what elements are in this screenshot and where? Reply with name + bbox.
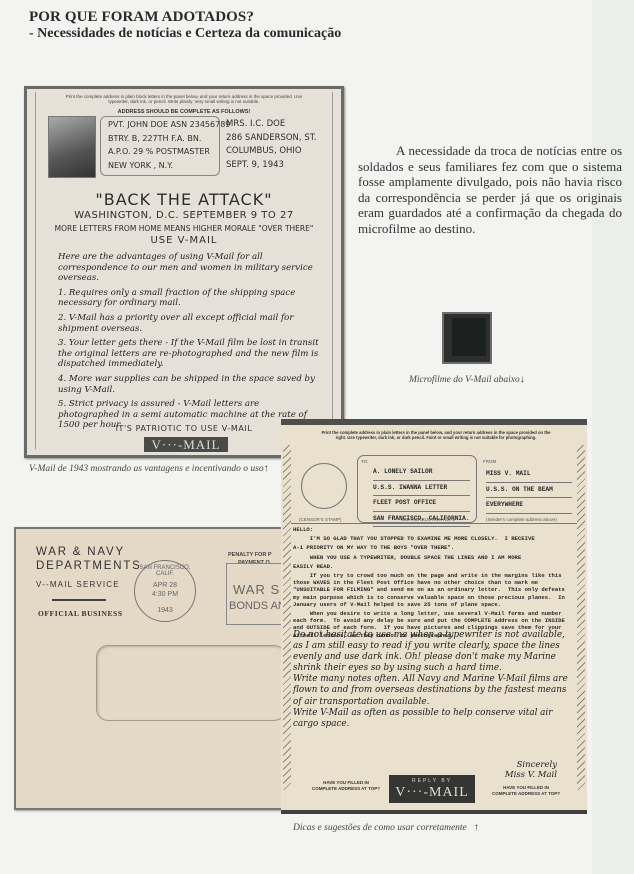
vmail-logo: V···-MAIL [144,437,228,452]
film-photo [48,116,96,178]
page-margin [592,0,634,874]
hatch-border [577,445,585,790]
microfilm-image [442,312,492,364]
sender-label: (Sender's complete address above) [486,517,557,522]
divider [52,599,106,601]
up-arrow-icon: ↑ [264,463,269,474]
letter-tagline: MORE LETTERS FROM HOME MEANS HIGHER MORA… [36,224,332,233]
censor-label: (CENSOR'S STAMP) [299,517,342,522]
letter-instructions: Print the complete address in plain bloc… [36,92,332,106]
letter-headline: "BACK THE ATTACK" [36,190,332,209]
address-header: ADDRESS SHOULD BE COMPLETE AS FOLLOWS! [36,109,332,115]
sender-address: MRS. I.C. DOE 286 SANDERSON, ST. COLUMBU… [226,118,317,172]
censor-stamp-circle [301,463,347,509]
vmail-envelope-image: WAR & NAVY DEPARTMENTS V--MAIL SERVICE O… [14,527,290,810]
microfilm-caption: Microfilme do V-Mail abaixo↓ [409,374,525,385]
sender-address: MISS V. MAIL U.S.S. ON THE BEAM EVERYWHE… [486,467,572,514]
footer-note-right: HAVE YOU FILLED IN COMPLETE ADDRESS AT T… [491,785,561,797]
instruction-number: SEE INSTRUCTION NO. 2 [401,517,455,522]
letter-body: Here are the advantages of using V-Mail … [58,252,320,435]
from-label: FROM [483,459,496,464]
typed-body: HELLO: I'M SO GLAD THAT YOU STOPPED TO E… [293,526,573,641]
page-title: POR QUE FORAM ADOTADOS? [29,9,254,26]
handwritten-body: Do not hesitate to use me when a typewri… [293,630,573,730]
footer-note-left: HAVE YOU FILLED IN COMPLETE ADDRESS AT T… [311,780,381,792]
tips-caption: Dicas e sugestões de como usar corretame… [293,822,479,833]
letter-instructions: Print the complete address in plain lett… [321,430,551,440]
vmail-tips-letter-image: Print the complete address in plain lett… [281,419,587,814]
up-arrow-icon: ↑ [474,822,479,833]
envelope-service: V--MAIL SERVICE [36,580,120,589]
to-label: TO: [361,459,368,464]
vmail-1943-letter-image: Print the complete address in plain bloc… [24,86,344,458]
postmark: SAN FRANCISCO, CALIF. APR 284:30 PM 1943 [134,560,196,622]
signature: Sincerely Miss V. Mail [505,760,557,780]
intro-paragraph: A necessidade da troca de notícias entre… [358,143,622,236]
envelope-department: WAR & NAVY DEPARTMENTS [36,545,142,573]
letter-1943-caption: V-Mail de 1943 mostrando as vantagens e … [29,463,269,474]
hatch-border [283,445,291,790]
letter-dateline: WASHINGTON, D.C. SEPTEMBER 9 TO 27 [36,210,332,221]
down-arrow-icon: ↓ [520,374,525,385]
envelope-official: OFFICIAL BUSINESS [38,609,123,618]
envelope-window [96,645,286,721]
divider [291,523,577,524]
reply-vmail-logo: REPLY BY V···-MAIL [389,775,475,803]
recipient-address: PVT. JOHN DOE ASN 23456789 BTRY. B, 227T… [108,118,230,172]
page-subtitle: - Necessidades de notícias e Certeza da … [29,26,341,42]
letter-use-line: USE V-MAIL [36,235,332,246]
